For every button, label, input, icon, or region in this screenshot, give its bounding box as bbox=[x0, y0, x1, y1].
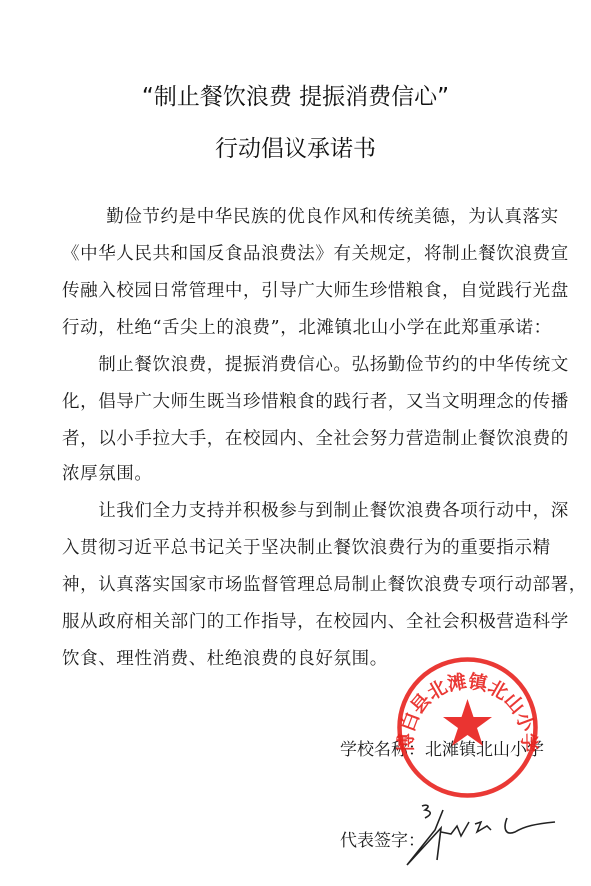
handwritten-signature-icon bbox=[395, 800, 575, 870]
body-line: 神，认真落实国家市场监督管理总局制止餐饮浪费专项行动部署， bbox=[62, 571, 587, 596]
body-line: 让我们全力支持并积极参与到制止餐饮浪费各项行动中，深 bbox=[62, 497, 569, 522]
body-line: 行动，杜绝“舌尖上的浪费”，北滩镇北山小学在此郑重承诺： bbox=[62, 314, 552, 339]
document-title: “制止餐饮浪费 提振消费信心” bbox=[0, 78, 591, 111]
body-line: 传融入校园日常管理中，引导广大师生珍惜粮食，自觉践行光盘 bbox=[62, 277, 569, 302]
body-line: 浓厚氛围。 bbox=[62, 460, 153, 485]
body-line: 勤俭节约是中华民族的优良作风和传统美德，为认真落实 bbox=[70, 203, 559, 228]
document-subtitle: 行动倡议承诺书 bbox=[0, 130, 591, 163]
official-seal-icon: 博白县北滩镇北山小学 bbox=[395, 655, 540, 800]
body-line: 化，倡导广大师生既当珍惜粮食的践行者，又当文明理念的传播 bbox=[62, 388, 569, 413]
body-line: 制止餐饮浪费，提振消费信心。弘扬勤俭节约的中华传统文 bbox=[62, 351, 569, 376]
body-line: 《中华人民共和国反食品浪费法》有关规定，将制止餐饮浪费宣 bbox=[62, 240, 569, 265]
body-line: 入贯彻习近平总书记关于坚决制止餐饮浪费行为的重要指示精 bbox=[62, 534, 551, 559]
body-line: 者，以小手拉大手，在校园内、全社会努力营造制止餐饮浪费的 bbox=[62, 425, 569, 450]
body-line: 服从政府相关部门的工作指导，在校园内、全社会积极营造科学 bbox=[62, 608, 569, 633]
body-line: 饮食、理性消费、杜绝浪费的良好氛围。 bbox=[62, 645, 388, 670]
